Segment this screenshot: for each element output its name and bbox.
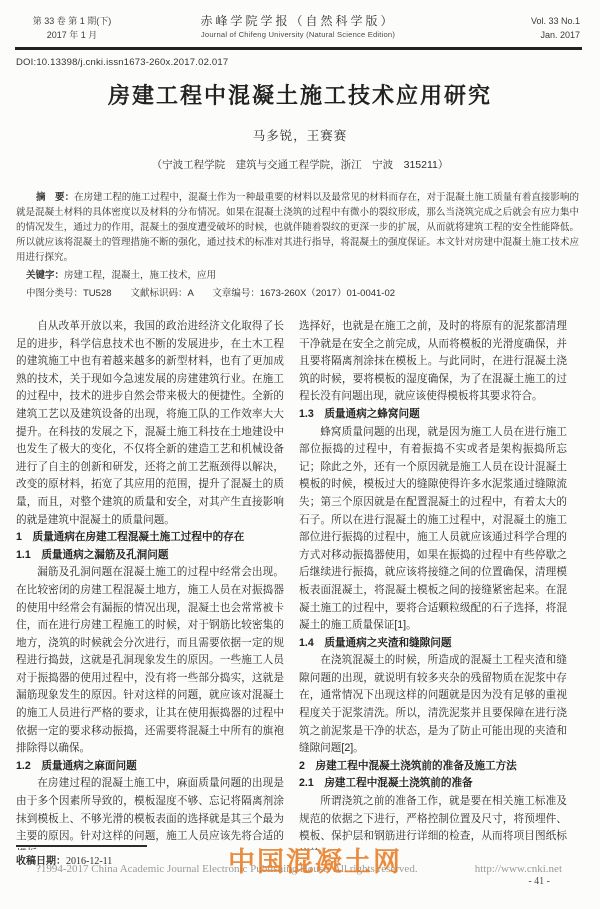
paragraph: 自从改革开放以来，我国的政治进经济文化取得了长足的进步，科学信息技术也不断的发展… <box>16 318 284 529</box>
journal-volume-cn: 第 33 卷 第 1 期(下) <box>16 14 128 28</box>
paragraph: 在房建过程的混凝土施工中，麻面质量问题的出现是由于多个因素所导致的，模板湿度不够… <box>16 775 284 850</box>
keywords-label: 关键字： <box>26 270 64 281</box>
doi-line: DOI:10.13398/j.cnki.issn1673-260x.2017.0… <box>16 57 600 68</box>
section-heading: 2.1 房建工程中混凝土浇筑前的准备 <box>299 775 567 793</box>
keywords-line: 关键字：房建工程，混凝土，施工技术，应用 <box>16 268 579 283</box>
footnote-rule <box>16 845 147 847</box>
journal-header: 第 33 卷 第 1 期(下) 2017 年 1 月 赤峰学院学报（自然科学版）… <box>0 0 600 42</box>
header-rule <box>15 47 582 50</box>
paragraph: 在浇筑混凝土的时候，所造成的混凝土工程夹渣和缝隙问题的出现，就说明有较多夹杂的残… <box>299 652 567 758</box>
journal-page: 第 33 卷 第 1 期(下) 2017 年 1 月 赤峰学院学报（自然科学版）… <box>0 0 600 909</box>
keywords-text: 房建工程，混凝土，施工技术，应用 <box>64 270 216 281</box>
journal-issue-info-en: Vol. 33 No.1 Jan. 2017 <box>468 14 580 42</box>
abstract-text: 在房建工程的施工过程中，混凝土作为一种最重要的材料以及最常见的材料而存在，对于混… <box>16 192 579 263</box>
journal-name-block: 赤峰学院学报（自然科学版） Journal of Chifeng Univers… <box>128 14 468 41</box>
journal-date-en: Jan. 2017 <box>468 28 580 42</box>
section-heading: 1 质量通病在房建工程混凝土施工过程中的存在 <box>16 529 284 547</box>
article-affiliation: （宁波工程学院 建筑与交通工程学院，浙江 宁波 315211） <box>0 157 600 172</box>
journal-volume-en: Vol. 33 No.1 <box>468 14 580 28</box>
right-column: 选择好，也就是在施工之前，及时的将原有的泥浆都清理干净就是在安全之前完成，从而将… <box>299 318 567 850</box>
journal-date-cn: 2017 年 1 月 <box>16 28 128 42</box>
watermark-china-concrete-net: 中国混凝土网 <box>228 840 402 879</box>
article-body: 自从改革开放以来，我国的政治进经济文化取得了长足的进步，科学信息技术也不断的发展… <box>16 318 581 850</box>
section-heading: 2 房建工程中混凝土浇筑前的准备及施工方法 <box>299 758 567 776</box>
cnki-url: http://www.cnki.net <box>475 863 562 875</box>
paragraph: 漏筋及孔洞问题在混凝土施工的过程中经常会出现。在比较密闭的房建工程混凝土地方，施… <box>16 564 284 758</box>
left-column: 自从改革开放以来，我国的政治进经济文化取得了长足的进步，科学信息技术也不断的发展… <box>16 318 284 850</box>
section-heading: 1.3 质量通病之蜂窝问题 <box>299 406 567 424</box>
journal-name-en: Journal of Chifeng University (Natural S… <box>128 29 468 41</box>
article-authors: 马多锐，王赛赛 <box>0 126 600 144</box>
section-heading: 1.4 质量通病之夹渣和缝隙问题 <box>299 635 567 653</box>
abstract: 摘 要：在房建工程的施工过程中，混凝土作为一种最重要的材料以及最常见的材料而存在… <box>16 190 579 265</box>
abstract-label: 摘 要： <box>36 192 74 203</box>
journal-name-cn: 赤峰学院学报（自然科学版） <box>128 14 468 29</box>
journal-issue-info-cn: 第 33 卷 第 1 期(下) 2017 年 1 月 <box>16 14 128 42</box>
page-number: - 41 - <box>528 876 550 887</box>
paragraph: 选择好，也就是在施工之前，及时的将原有的泥浆都清理干净就是在安全之前完成，从而将… <box>299 318 567 406</box>
paragraph: 蜂窝质量问题的出现，就是因为施工人员在进行施工部位振捣的过程中，有着振捣不实或者… <box>299 424 567 635</box>
clc-line: 中图分类号：TU528 文献标识码：A 文章编号：1673-260X（2017）… <box>16 286 579 301</box>
section-heading: 1.1 质量通病之漏筋及孔洞问题 <box>16 547 284 565</box>
article-title: 房建工程中混凝土施工技术应用研究 <box>0 79 600 110</box>
section-heading: 1.2 质量通病之麻面问题 <box>16 758 284 776</box>
